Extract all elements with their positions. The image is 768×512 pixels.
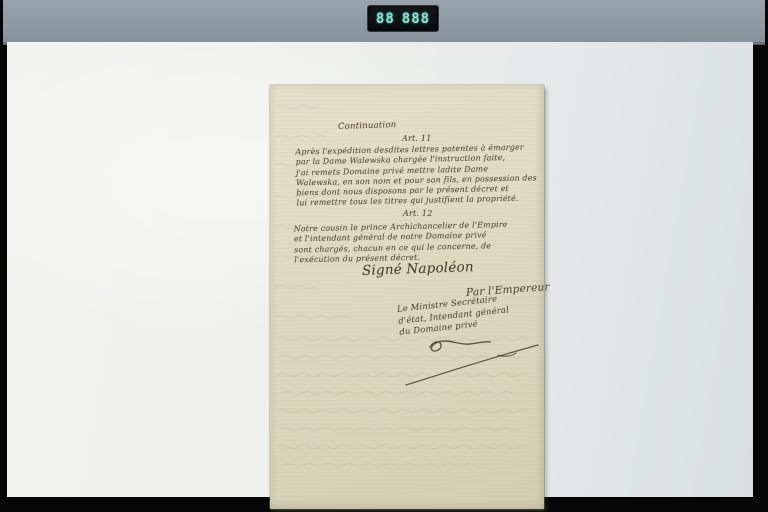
page-heading: Continuation bbox=[338, 120, 397, 132]
frame-counter-display: 88 888 bbox=[367, 5, 439, 32]
counter-digits-left: 88 bbox=[376, 12, 395, 26]
article-12-paragraph: Notre cousin le prince Archichancelier d… bbox=[294, 220, 525, 266]
film-scan-frame: 88 888 bbox=[0, 0, 768, 512]
minister-signature-flourish bbox=[402, 333, 542, 395]
backdrop: Continuation Art. 11 Après l'expédition … bbox=[7, 42, 753, 497]
article-12-label: Art. 12 bbox=[403, 209, 432, 218]
manuscript-page: Continuation Art. 11 Après l'expédition … bbox=[270, 85, 544, 509]
copy-stand-bar: 88 888 bbox=[3, 0, 765, 42]
counter-digits-right: 888 bbox=[402, 12, 430, 26]
article-11-paragraph: Après l'expédition desdites lettres pate… bbox=[295, 143, 524, 210]
article-11-label: Art. 11 bbox=[402, 134, 431, 143]
